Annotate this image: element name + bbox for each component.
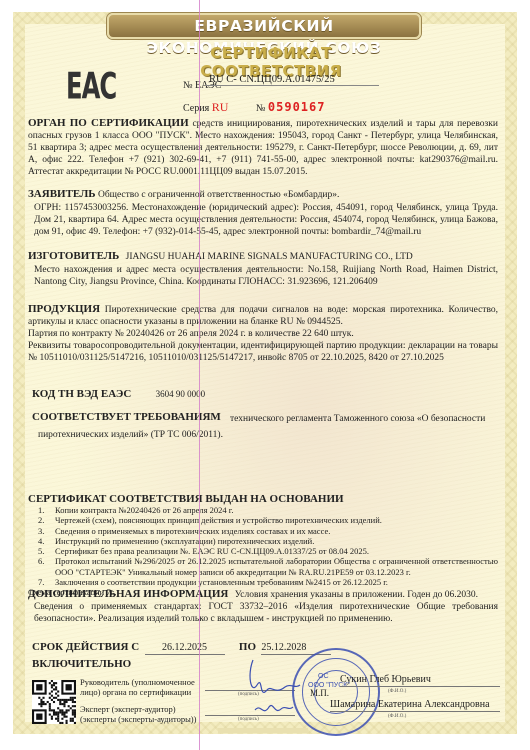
official-stamp [292, 648, 380, 736]
tn-ved-value: 3604 90 0000 [156, 389, 206, 399]
basis-item-text: Сведения о применяемых в пиротехнических… [55, 526, 330, 536]
conforms-section: СООТВЕТСТВУЕТ ТРЕБОВАНИЯМ технического р… [32, 411, 502, 441]
basis-item-number: 1. [38, 505, 44, 515]
additional-section: ДОПОЛНИТЕЛЬНАЯ ИНФОРМАЦИЯ Условия хранен… [28, 588, 498, 625]
blank-label: № [256, 103, 266, 114]
series-row: Серия RU № 0590167 [183, 100, 325, 115]
product-label: ПРОДУКЦИЯ [28, 303, 100, 315]
certification-body-label: ОРГАН ПО СЕРТИФИКАЦИИ [28, 117, 189, 129]
basis-item-number: 5. [38, 546, 44, 556]
basis-item: 6.Протокол испытаний №296/2025 от 26.12.… [28, 556, 498, 577]
basis-item-number: 4. [38, 536, 44, 546]
basis-item: 3.Сведения о применяемых в пиротехническ… [28, 526, 498, 536]
conforms-label: СООТВЕТСТВУЕТ ТРЕБОВАНИЯМ [32, 411, 221, 423]
head-name: Сукин Глеб Юрьевич [340, 674, 500, 687]
manufacturer-section: ИЗГОТОВИТЕЛЬ JIANGSU HUAHAI MARINE SIGNA… [28, 250, 498, 288]
basis-item-text: Чертежей (схем), поясняющих принцип дейс… [55, 515, 382, 525]
union-banner: ЕВРАЗИЙСКИЙ ЭКОНОМИЧЕСКИЙ СОЮЗ [107, 13, 421, 39]
qr-code[interactable] [32, 680, 76, 724]
certification-body-section: ОРГАН ПО СЕРТИФИКАЦИИ средств инициирова… [28, 117, 498, 178]
validity-from-label: СРОК ДЕЙСТВИЯ С [32, 641, 139, 653]
basis-item: 4.Инструкций по применению (эксплуатации… [28, 536, 498, 546]
expert-name: Шамарина Екатерина Александровна [330, 699, 500, 712]
basis-item: 2.Чертежей (схем), поясняющих принцип де… [28, 515, 498, 525]
manufacturer-text: Место нахождения и адрес места осуществл… [28, 264, 498, 288]
basis-label: СЕРТИФИКАТ СООТВЕТСТВИЯ ВЫДАН НА ОСНОВАН… [28, 493, 498, 505]
basis-item-text: Протокол испытаний №296/2025 от 26.12.20… [55, 556, 498, 576]
blank-number: 0590167 [268, 100, 326, 114]
product-section: ПРОДУКЦИЯ Пиротехнические средства для п… [28, 303, 498, 364]
conforms-text-2: пиротехнических изделий» (ТР ТС 006/2011… [32, 429, 502, 441]
expert-label: Эксперт (эксперт-аудитор) (эксперты (экс… [80, 704, 205, 724]
product-text-3: Реквизиты товаросопроводительной докумен… [28, 340, 498, 364]
basis-item-number: 6. [38, 556, 44, 566]
basis-item-text: Копии контракта №20240426 от 26 апреля 2… [55, 505, 233, 515]
basis-item-text: Заключения о соответствии продукции уста… [55, 577, 388, 587]
tn-ved-section: КОД ТН ВЭД ЕАЭС 3604 90 0000 [32, 388, 205, 401]
eac-logo: EAC [66, 66, 116, 108]
basis-item: 5.Сертификат без права реализации №. ЕАЭ… [28, 546, 498, 556]
manufacturer-name: JIANGSU HUAHAI MARINE SIGNALS MANUFACTUR… [126, 252, 413, 262]
scan-line [199, 0, 200, 750]
additional-text-2: Сведения о применяемых стандартах: ГОСТ … [28, 601, 498, 625]
product-text-2: Партия по контракту № 20240426 от 26 апр… [28, 328, 498, 340]
basis-item-number: 2. [38, 515, 44, 525]
basis-item-text: Инструкций по применению (эксплуатации) … [55, 536, 314, 546]
number-value: RU C- CN.ЦЦ09.А.01475/25 [205, 74, 379, 86]
manufacturer-label: ИЗГОТОВИТЕЛЬ [28, 250, 119, 262]
validity-to-label: ПО [239, 641, 256, 653]
applicant-label: ЗАЯВИТЕЛЬ [28, 188, 96, 200]
basis-item-number: 3. [38, 526, 44, 536]
basis-section: СЕРТИФИКАТ СООТВЕТСТВИЯ ВЫДАН НА ОСНОВАН… [28, 493, 498, 597]
applicant-text: ОГРН: 1157453003256. Местонахождение (юр… [28, 202, 498, 238]
certificate-number: № ЕАЭС RU C- CN.ЦЦ09.А.01475/25 [183, 80, 221, 91]
applicant-name: Общество с ограниченной ответственностью… [98, 190, 339, 200]
head-fio-caption: (Ф.И.О.) [388, 689, 406, 694]
additional-text-1: Условия хранения указаны в приложении. Г… [235, 590, 478, 600]
series-value: RU [212, 100, 229, 114]
basis-item-number: 7. [38, 577, 44, 587]
applicant-section: ЗАЯВИТЕЛЬ Общество с ограниченной ответс… [28, 188, 498, 238]
tn-ved-label: КОД ТН ВЭД ЕАЭС [32, 388, 131, 400]
head-label: Руководитель (уполномоченное лицо) орган… [80, 677, 205, 697]
basis-list: 1.Копии контракта №20240426 от 26 апреля… [28, 505, 498, 587]
series-label: Серия [183, 103, 209, 114]
mp-label: М.П. [310, 687, 329, 699]
footer-print-strip [218, 728, 308, 733]
basis-item: 7.Заключения о соответствии продукции ус… [28, 577, 498, 587]
basis-item: 1.Копии контракта №20240426 от 26 апреля… [28, 505, 498, 515]
basis-item-text: Сертификат без права реализации №. ЕАЭС … [55, 546, 369, 556]
conforms-text-1: технического регламента Таможенного союз… [230, 413, 485, 425]
validity-from-date: 26.12.2025 [145, 642, 225, 655]
expert-fio-caption: (Ф.И.О.) [388, 714, 406, 719]
